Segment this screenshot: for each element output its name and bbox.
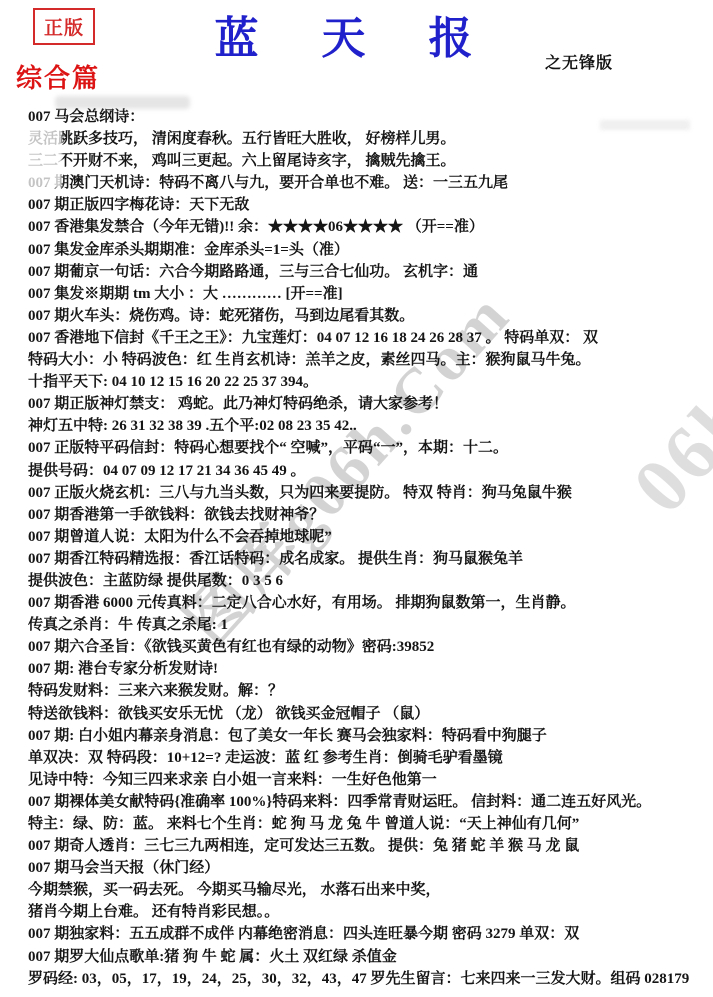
text-line: 今期禁猴，买一码去死。 今期买马输尽光， 水落石出来中奖， — [28, 879, 709, 901]
text-line: 007 香港集发禁合（今年无错)!! 余：★★★★06★★★★ （开==准） — [28, 216, 709, 238]
text-line: 007 期香港 6000 元传真料：二定八合心水好，有用场。 排期狗鼠数第一，生… — [28, 592, 709, 614]
text-line: 007 期独家料：五五成群不成伴 内幕绝密消息：四头连旺暴今期 密码 3279 … — [28, 923, 709, 945]
text-line: 灵活跳跃多技巧， 清闲度春秋。五行皆旺大胜收， 好榜样儿男。 — [28, 128, 709, 150]
text-line: 007 正版火烧玄机：三八与九当头数，只为四来要提防。 特双 特肖：狗马兔鼠牛猴 — [28, 482, 709, 504]
text-line: 007 期: 白小姐内幕亲身消息：包了美女一年长 赛马会独家料：特码看中狗腿子 — [28, 725, 709, 747]
text-line: 传真之杀肖：牛 传真之杀尾: 1 — [28, 614, 709, 636]
text-line: 007 期正版神灯禁支： 鸡蛇。此乃神灯特码绝杀，请大家参考！ — [28, 393, 709, 415]
text-line: 单双决：双 特码段：10+12=? 走运波：蓝 红 参考生肖：倒骑毛驴看墨镜 — [28, 747, 709, 769]
text-line: 007 期奇人透肖：三七三九两相连，定可发达三五数。 提供：兔 猪 蛇 羊 猴 … — [28, 835, 709, 857]
edition-label: 之无锋版 — [545, 50, 613, 73]
text-line: 007 期罗大仙点歌单:猪 狗 牛 蛇 属：火土 双红绿 杀值金 — [28, 946, 709, 968]
text-line: 特主：绿、防：蓝。 来料七个生肖：蛇 狗 马 龙 兔 牛 曾道人说：“天上神仙有… — [28, 813, 709, 835]
text-line: 罗码经: 03，05，17，19，24，25，30，32，43，47 罗先生留言… — [28, 968, 709, 990]
text-line: 007 期马会当天报（休门经） — [28, 857, 709, 879]
text-line: 007 期香江特码精选报：香江话特码：成名成家。 提供生肖：狗马鼠猴兔羊 — [28, 548, 709, 570]
text-line: 007 马会总纲诗： — [28, 106, 709, 128]
text-line: 特码大小：小 特码波色：红 生肖玄机诗：羔羊之皮，素丝四马。主：猴狗鼠马牛兔。 — [28, 349, 709, 371]
text-line: 007 正版特平码信封：特码心想要找个“ 空喊”，平码“一”，本期：十二。 — [28, 437, 709, 459]
text-line: 007 期裸体美女献特码{准确率 100%}特码来料：四季常青财运旺。 信封料：… — [28, 791, 709, 813]
text-line: 提供号码：04 07 09 12 17 21 34 36 45 49 。 — [28, 460, 709, 482]
text-line: 007 期正版四字梅花诗：天下无敌 — [28, 194, 709, 216]
text-line: 三二不开财不来， 鸡叫三更起。六上留尾诗亥字， 擒贼先擒王。 — [28, 150, 709, 172]
text-line: 特码发财料：三来六来猴发财。解：？ — [28, 680, 709, 702]
text-line: 007 集发※期期 tm 大小 ：大 ………… [开==准] — [28, 283, 709, 305]
text-line: 007 期澳门天机诗：特码不离八与九，要开合单也不难。 送：一三五九尾 — [28, 172, 709, 194]
text-line: 007 集发金库杀头期期准：金库杀头=1=头（准） — [28, 239, 709, 261]
text-line: 007 期: 港台专家分析发财诗! — [28, 658, 709, 680]
tips-text-block: 007 马会总纲诗：灵活跳跃多技巧， 清闲度春秋。五行皆旺大胜收， 好榜样儿男。… — [28, 106, 709, 990]
text-line: 猪肖今期上台难。 还有特肖彩民想。。 — [28, 901, 709, 923]
text-line: 十指平天下: 04 10 12 15 16 20 22 25 37 394。 — [28, 371, 709, 393]
text-line: 007 期六合圣旨：《欲钱买黄色有红也有绿的动物》密码:39852 — [28, 636, 709, 658]
section-title: 综合篇 — [16, 58, 100, 95]
text-line: 提供波色：主蓝防绿 提供尾数：0 3 5 6 — [28, 570, 709, 592]
text-line: 007 期曾道人说：太阳为什么不会吞掉地球呢” — [28, 526, 709, 548]
text-line: 神灯五中特: 26 31 32 38 39 .五个平:02 08 23 35 4… — [28, 415, 709, 437]
text-line: 特送欲钱料：欲钱买安乐无忧 （龙） 欲钱买金冠帽子 （鼠） — [28, 703, 709, 725]
text-line: 见诗中特：今知三四来求亲 白小姐一言来料：一生好色他第一 — [28, 769, 709, 791]
text-line: 007 期火车头：烧伤鸡。诗：蛇死猪伤，马到边尾看其数。 — [28, 305, 709, 327]
text-line: 007 期香港第一手欲钱料：欲钱去找财神爷？ — [28, 504, 709, 526]
text-line: 007 香港地下信封《千王之王》：九宝莲灯：04 07 12 16 18 24 … — [28, 327, 709, 349]
text-line: 007 期葡京一句话：六合今期路路通，三与三合七仙功。 玄机字：通 — [28, 261, 709, 283]
